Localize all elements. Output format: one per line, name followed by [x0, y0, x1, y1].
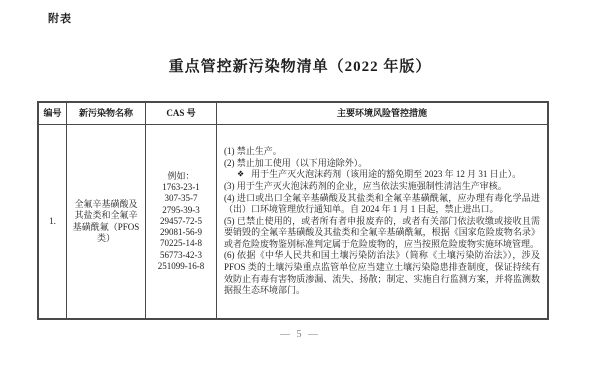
cas-number: 70225-14-8 [160, 238, 202, 249]
measure-item: (3) 用于生产灭火泡沫药剂的企业，应当依法实施强制性清洁生产审核。 [224, 181, 540, 193]
cas-number-cell: 例如： 1763-23-1 307-35-7 2795-39-3 29457-7… [146, 125, 217, 318]
appendix-label: 附表 [48, 10, 72, 26]
pollutants-table: 编号 新污染物名称 CAS 号 主要环境风险管控措施 1. 全氟辛基磺酸及其盐类… [37, 101, 549, 320]
row-number: 1. [49, 216, 56, 228]
measure-item-exemption: ❖用于生产灭火泡沫药剂（该用途的豁免期至 2023 年 12 月 31 日止）。 [224, 169, 540, 181]
cas-number: 2795-39-3 [162, 205, 200, 216]
measure-item: (2) 禁止加工使用（以下用途除外）。 [224, 158, 540, 170]
row-number-cell: 1. [39, 125, 67, 318]
measures-cell: (1) 禁止生产。 (2) 禁止加工使用（以下用途除外）。 ❖用于生产灭火泡沫药… [217, 125, 547, 318]
pollutant-name-cell: 全氟辛基磺酸及其盐类和全氟辛基磺酰氟（PFOS 类） [67, 125, 146, 318]
cas-number: 29081-56-9 [160, 227, 202, 238]
header-cell-name: 新污染物名称 [67, 103, 146, 124]
pollutant-name: 全氟辛基磺酸及其盐类和全氟辛基磺酰氟（PFOS 类） [67, 199, 145, 245]
cas-number: 251099-16-8 [158, 261, 205, 272]
page-title: 重点管控新污染物清单（2022 年版） [0, 55, 600, 76]
header-cell-cas: CAS 号 [146, 103, 217, 124]
cas-number: 1763-23-1 [162, 182, 200, 193]
measure-item: (1) 禁止生产。 [224, 146, 540, 158]
diamond-bullet-icon: ❖ [237, 169, 244, 181]
cas-number: 56773-42-3 [160, 250, 202, 261]
measure-item: (6) 依据《中华人民共和国土壤污染防治法》（简称《土壤污染防治法》），涉及 P… [224, 250, 540, 296]
header-cell-no: 编号 [39, 103, 67, 124]
measure-item: (4) 进口或出口全氟辛基磺酸及其盐类和全氟辛基磺酰氟，应办理有毒化学品进（出）… [224, 193, 540, 216]
header-cell-measures: 主要环境风险管控措施 [217, 103, 547, 124]
cas-label: 例如： [167, 171, 194, 182]
cas-number: 307-35-7 [165, 193, 198, 204]
table-row: 1. 全氟辛基磺酸及其盐类和全氟辛基磺酰氟（PFOS 类） 例如： 1763-2… [39, 125, 547, 318]
table-header-row: 编号 新污染物名称 CAS 号 主要环境风险管控措施 [39, 103, 547, 125]
measure-text: 用于生产灭火泡沫药剂（该用途的豁免期至 2023 年 12 月 31 日止）。 [251, 169, 521, 179]
cas-number: 29457-72-5 [160, 216, 202, 227]
measure-item: (5) 已禁止使用的，或者所有者申报废弃的，或者有关部门依法收缴或接收且需要销毁… [224, 216, 540, 251]
page-number: — 5 — [0, 329, 600, 340]
